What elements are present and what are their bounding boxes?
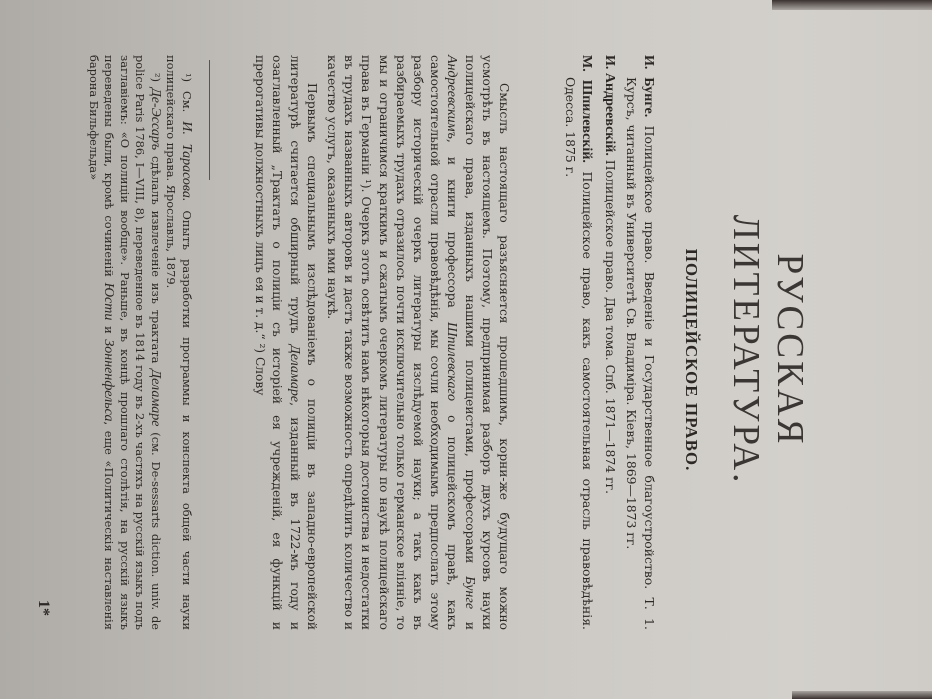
body-text: Смыслъ настоящаго разъясняется прошедшим… xyxy=(248,55,512,630)
italic-name: Де-Эссаръ xyxy=(148,88,163,150)
reference-entry: И. Андреевскій. Полицейское право. Два т… xyxy=(601,55,619,630)
page-title: РУССКАЯ ЛИТЕРАТУРА. xyxy=(724,134,812,565)
text-run: и xyxy=(463,609,477,630)
reference-entry: М. Шпилевскій. Полицейское право, какъ с… xyxy=(562,55,596,630)
paragraph: Первымъ специальнымъ изслѣдованіемъ о по… xyxy=(251,55,320,630)
footnote-divider xyxy=(209,60,210,180)
text-run: Смыслъ настоящаго разъясняется прошедшим… xyxy=(463,55,511,630)
signature-mark: 1* xyxy=(34,600,52,616)
text-run: и xyxy=(103,320,117,339)
italic-name: Шпилевскаго xyxy=(444,322,459,401)
reference-author: И. Андреевскій. xyxy=(602,55,617,156)
italic-name: Андреевскимъ xyxy=(444,55,459,139)
rotated-page: РУССКАЯ ЛИТЕРАТУРА. ПОЛИЦЕЙСКОЕ ПРАВО. И… xyxy=(0,0,932,699)
text-run: сдѣлалъ извлеченіе изъ трактата xyxy=(149,150,163,369)
text-run: , и книги профессора xyxy=(445,139,459,322)
footnotes: ¹) См. И. Тарасова. Опытъ разработки про… xyxy=(86,55,195,630)
italic-name: Зонненфельса xyxy=(102,339,117,421)
text-run: ¹) См. xyxy=(180,73,194,121)
italic-name: Юсти xyxy=(102,283,117,321)
reference-author: И. Бунге. xyxy=(641,55,656,117)
book-page-photo: РУССКАЯ ЛИТЕРАТУРА. ПОЛИЦЕЙСКОЕ ПРАВО. И… xyxy=(0,0,932,699)
italic-name: И. Тарасова. xyxy=(179,121,194,201)
footnote: ¹) См. И. Тарасова. Опытъ разработки про… xyxy=(163,55,194,630)
text-run: о полицейскомъ правѣ, какъ самостоятельн… xyxy=(325,55,459,630)
reference-list: И. Бунге. Полицейское право. Введеніе и … xyxy=(557,55,658,630)
italic-name: Деламаре xyxy=(287,345,302,402)
footnote: ²) Де-Эссаръ сдѣлалъ извлеченіе изъ трак… xyxy=(86,55,164,630)
italic-name: Бунге xyxy=(462,576,477,609)
text-run: ²) xyxy=(149,73,163,88)
reference-author: М. Шпилевскій. xyxy=(580,55,595,163)
italic-name: Деламаре xyxy=(148,369,163,426)
reference-entry: И. Бунге. Полицейское право. Введеніе и … xyxy=(623,55,657,630)
paragraph: Смыслъ настоящаго разъясняется прошедшим… xyxy=(323,55,512,630)
reference-text: Полицейское право. Два тома. Спб. 1871—1… xyxy=(603,160,618,494)
section-heading: ПОЛИЦЕЙСКОЕ ПРАВО. xyxy=(681,180,701,540)
reference-text: Полицейское право. Введеніе и Государств… xyxy=(625,77,658,630)
